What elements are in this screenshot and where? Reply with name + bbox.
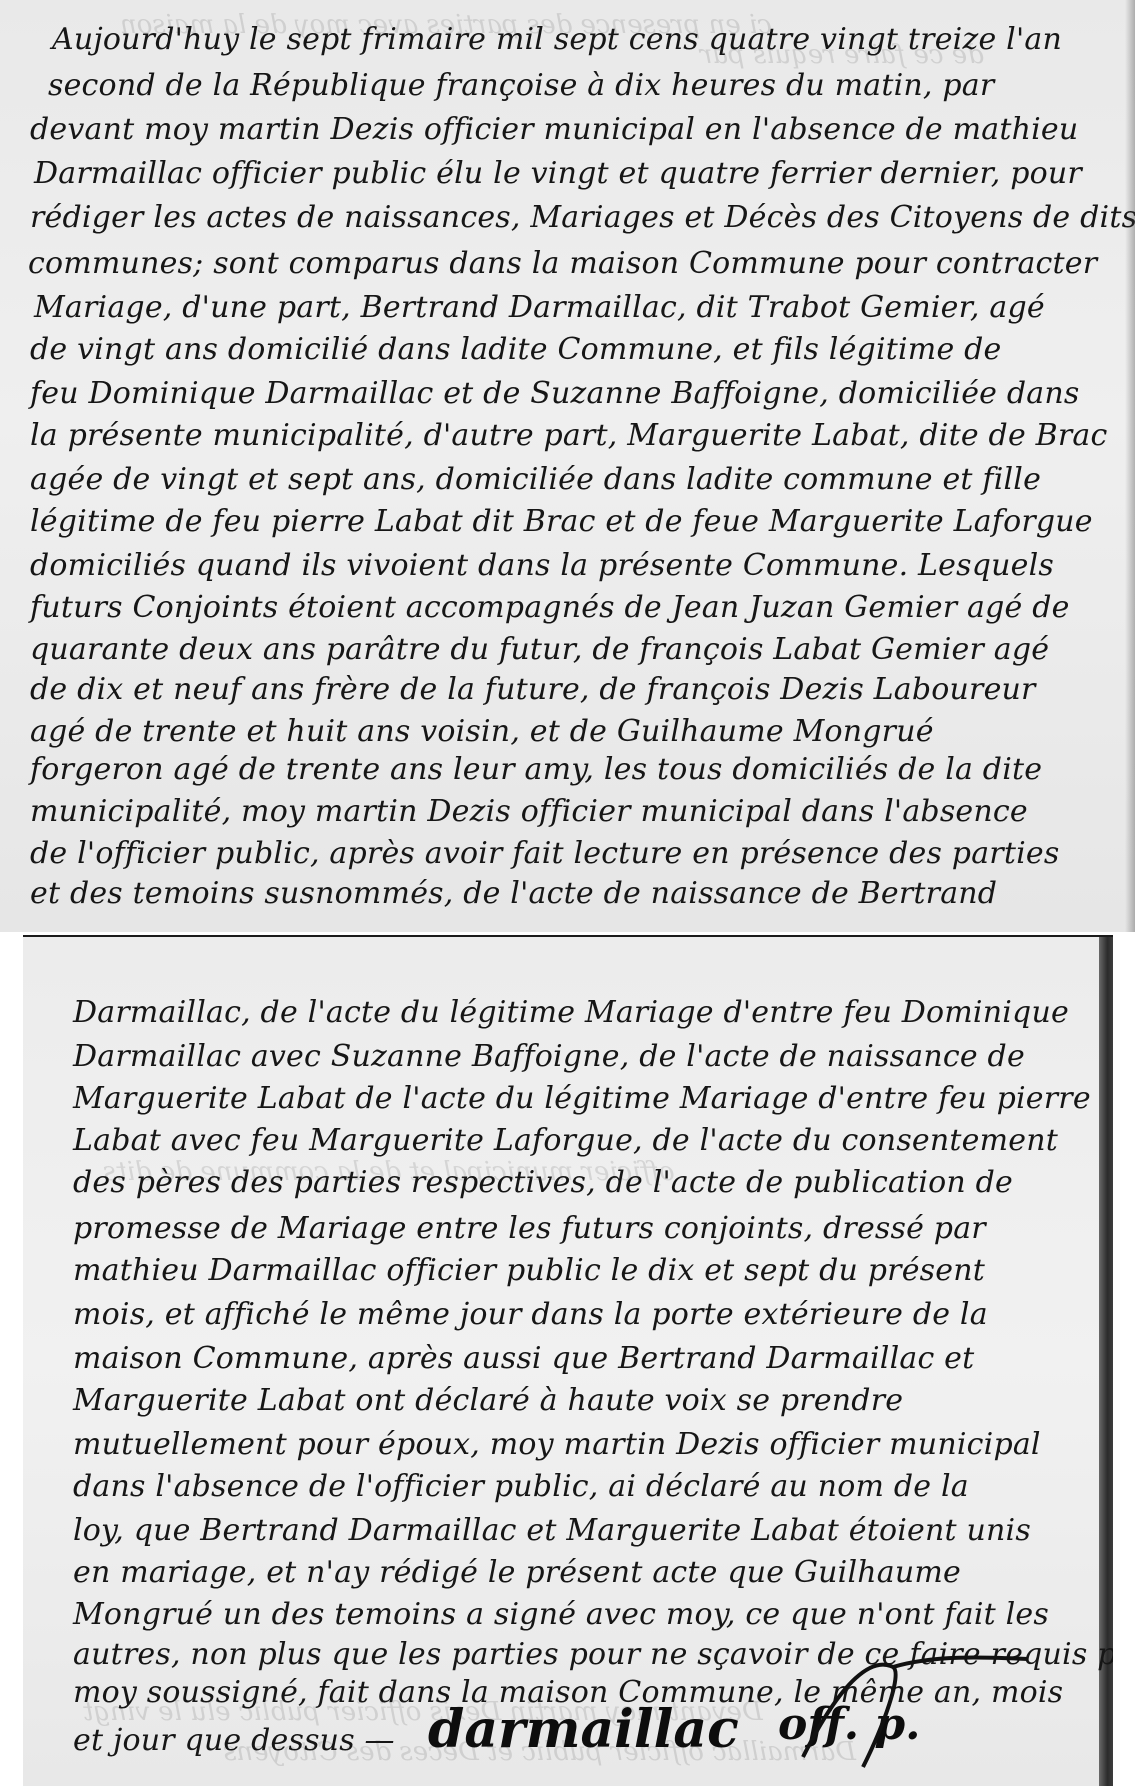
record-line: agé de trente et huit ans voisin, et de … <box>30 714 934 749</box>
record-line: promesse de Mariage entre les futurs con… <box>73 1211 986 1246</box>
record-line: Mariage, d'une part, Bertrand Darmaillac… <box>34 290 1045 325</box>
record-line: communes; sont comparus dans la maison C… <box>28 246 1097 281</box>
record-line: Darmaillac officier public élu le vingt … <box>34 156 1082 191</box>
record-line: mutuellement pour époux, moy martin Dezi… <box>73 1427 1041 1462</box>
record-line: domiciliés quand ils vivoient dans la pr… <box>30 548 1054 583</box>
record-line: rédiger les actes de naissances, Mariage… <box>30 200 1135 235</box>
document-page-fragment-1: ci en presence des parties avec moy de l… <box>0 0 1135 932</box>
record-line: futurs Conjoints étoient accompagnés de … <box>30 590 1070 625</box>
signature: darmaillac <box>428 1699 739 1760</box>
signature-flourish-icon <box>783 1637 1043 1777</box>
record-line: des pères des parties respectives, de l'… <box>73 1165 1013 1200</box>
record-line: Marguerite Labat de l'acte du légitime M… <box>73 1081 1091 1116</box>
record-line: feu Dominique Darmaillac et de Suzanne B… <box>30 376 1079 411</box>
record-line: et jour que dessus — <box>73 1723 395 1758</box>
record-line: quarante deux ans parâtre du futur, de f… <box>30 632 1049 667</box>
record-line: municipalité, moy martin Dezis officier … <box>30 794 1028 829</box>
record-line: mois, et affiché le même jour dans la po… <box>73 1297 988 1332</box>
record-line: en mariage, et n'ay rédigé le présent ac… <box>73 1555 961 1590</box>
record-line: Marguerite Labat ont déclaré à haute voi… <box>73 1383 903 1418</box>
record-line: devant moy martin Dezis officier municip… <box>30 112 1078 147</box>
record-line: Aujourd'huy le sept frimaire mil sept ce… <box>52 22 1062 57</box>
record-line: mathieu Darmaillac officier public le di… <box>73 1253 985 1288</box>
record-line: de l'officier public, après avoir fait l… <box>30 836 1059 871</box>
record-line: maison Commune, après aussi que Bertrand… <box>73 1341 974 1376</box>
record-line: la présente municipalité, d'autre part, … <box>30 418 1108 453</box>
record-line: Darmaillac, de l'acte du légitime Mariag… <box>73 995 1069 1030</box>
record-line: second de la République françoise à dix … <box>48 68 994 103</box>
record-line: et des temoins susnommés, de l'acte de n… <box>30 876 997 911</box>
record-line: de vingt ans domicilié dans ladite Commu… <box>30 332 1002 367</box>
record-line: Darmaillac avec Suzanne Baffoigne, de l'… <box>73 1039 1025 1074</box>
record-line: agée de vingt et sept ans, domiciliée da… <box>30 462 1041 497</box>
record-line: loy, que Bertrand Darmaillac et Margueri… <box>73 1513 1031 1548</box>
record-line: légitime de feu pierre Labat dit Brac et… <box>30 504 1093 539</box>
record-line: Labat avec feu Marguerite Laforgue, de l… <box>73 1123 1058 1158</box>
record-line: Mongrué un des temoins a signé avec moy,… <box>73 1597 1049 1632</box>
document-page-fragment-2: officier municipal et de la commune de d… <box>23 935 1113 1786</box>
record-line: de dix et neuf ans frère de la future, d… <box>30 672 1036 707</box>
record-line: forgeron agé de trente ans leur amy, les… <box>30 752 1042 787</box>
record-line: dans l'absence de l'officier public, ai … <box>73 1469 969 1504</box>
